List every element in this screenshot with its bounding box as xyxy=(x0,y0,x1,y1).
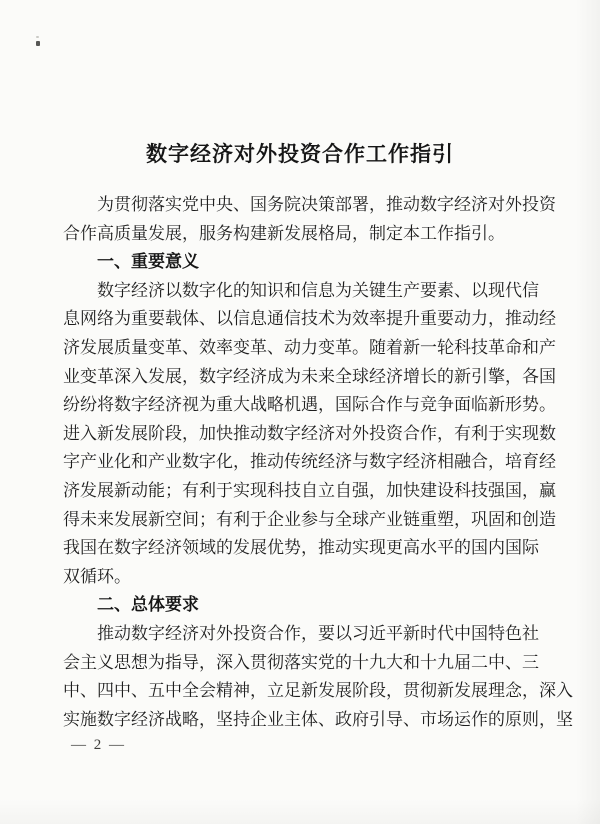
section-heading-2: 二、总体要求 xyxy=(63,591,545,620)
text-line: 济发展新动能；有利于实现科技自立自强，加快建设科技强国，赢 xyxy=(63,477,545,506)
document-title: 数字经济对外投资合作工作指引 xyxy=(0,141,600,167)
text-line: 济发展质量变革、效率变革、动力变革。随着新一轮科技革命和产 xyxy=(63,334,545,363)
scan-artifact-speck-faint xyxy=(36,36,39,38)
text-line: 字产业化和产业数字化，推动传统经济与数字经济相融合，培育经 xyxy=(63,448,545,477)
text-line: 中、四中、五中全会精神，立足新发展阶段，贯彻新发展理念，深入 xyxy=(63,677,545,706)
text-line: 我国在数字经济领域的发展优势，推动实现更高水平的国内国际 xyxy=(63,534,545,563)
document-body: 为贯彻落实党中央、国务院决策部署，推动数字经济对外投资合作高质量发展，服务构建新… xyxy=(63,191,545,734)
text-line: 业变革深入发展，数字经济成为未来全球经济增长的新引擎，各国 xyxy=(63,363,545,392)
text-line: 得未来发展新空间；有利于企业参与全球产业链重塑，巩固和创造 xyxy=(63,506,545,535)
text-line: 为贯彻落实党中央、国务院决策部署，推动数字经济对外投资 xyxy=(63,191,545,220)
text-line: 进入新发展阶段，加快推动数字经济对外投资合作，有利于实现数 xyxy=(63,420,545,449)
scanned-document-page: { "document": { "title": "数字经济对外投资合作工作指引… xyxy=(0,0,600,824)
text-line: 实施数字经济战略，坚持企业主体、政府引导、市场运作的原则，坚 xyxy=(63,706,545,735)
section-heading-1: 一、重要意义 xyxy=(63,248,545,277)
page-number: — 2 — xyxy=(71,737,126,754)
scan-artifact-speck xyxy=(36,41,40,46)
text-line: 合作高质量发展，服务构建新发展格局，制定本工作指引。 xyxy=(63,220,545,249)
text-line: 纷纷将数字经济视为重大战略机遇，国际合作与竞争面临新形势。 xyxy=(63,391,545,420)
text-line: 会主义思想为指导，深入贯彻落实党的十九大和十九届二中、三 xyxy=(63,649,545,678)
intro-paragraph: 为贯彻落实党中央、国务院决策部署，推动数字经济对外投资合作高质量发展，服务构建新… xyxy=(63,191,545,248)
section-2-paragraph: 推动数字经济对外投资合作，要以习近平新时代中国特色社会主义思想为指导，深入贯彻落… xyxy=(63,620,545,734)
text-line: 推动数字经济对外投资合作，要以习近平新时代中国特色社 xyxy=(63,620,545,649)
section-1-paragraph: 数字经济以数字化的知识和信息为关键生产要素、以现代信息网络为重要载体、以信息通信… xyxy=(63,277,545,592)
text-line: 双循环。 xyxy=(63,563,545,592)
text-line: 数字经济以数字化的知识和信息为关键生产要素、以现代信 xyxy=(63,277,545,306)
text-line: 息网络为重要载体、以信息通信技术为效率提升重要动力，推动经 xyxy=(63,305,545,334)
